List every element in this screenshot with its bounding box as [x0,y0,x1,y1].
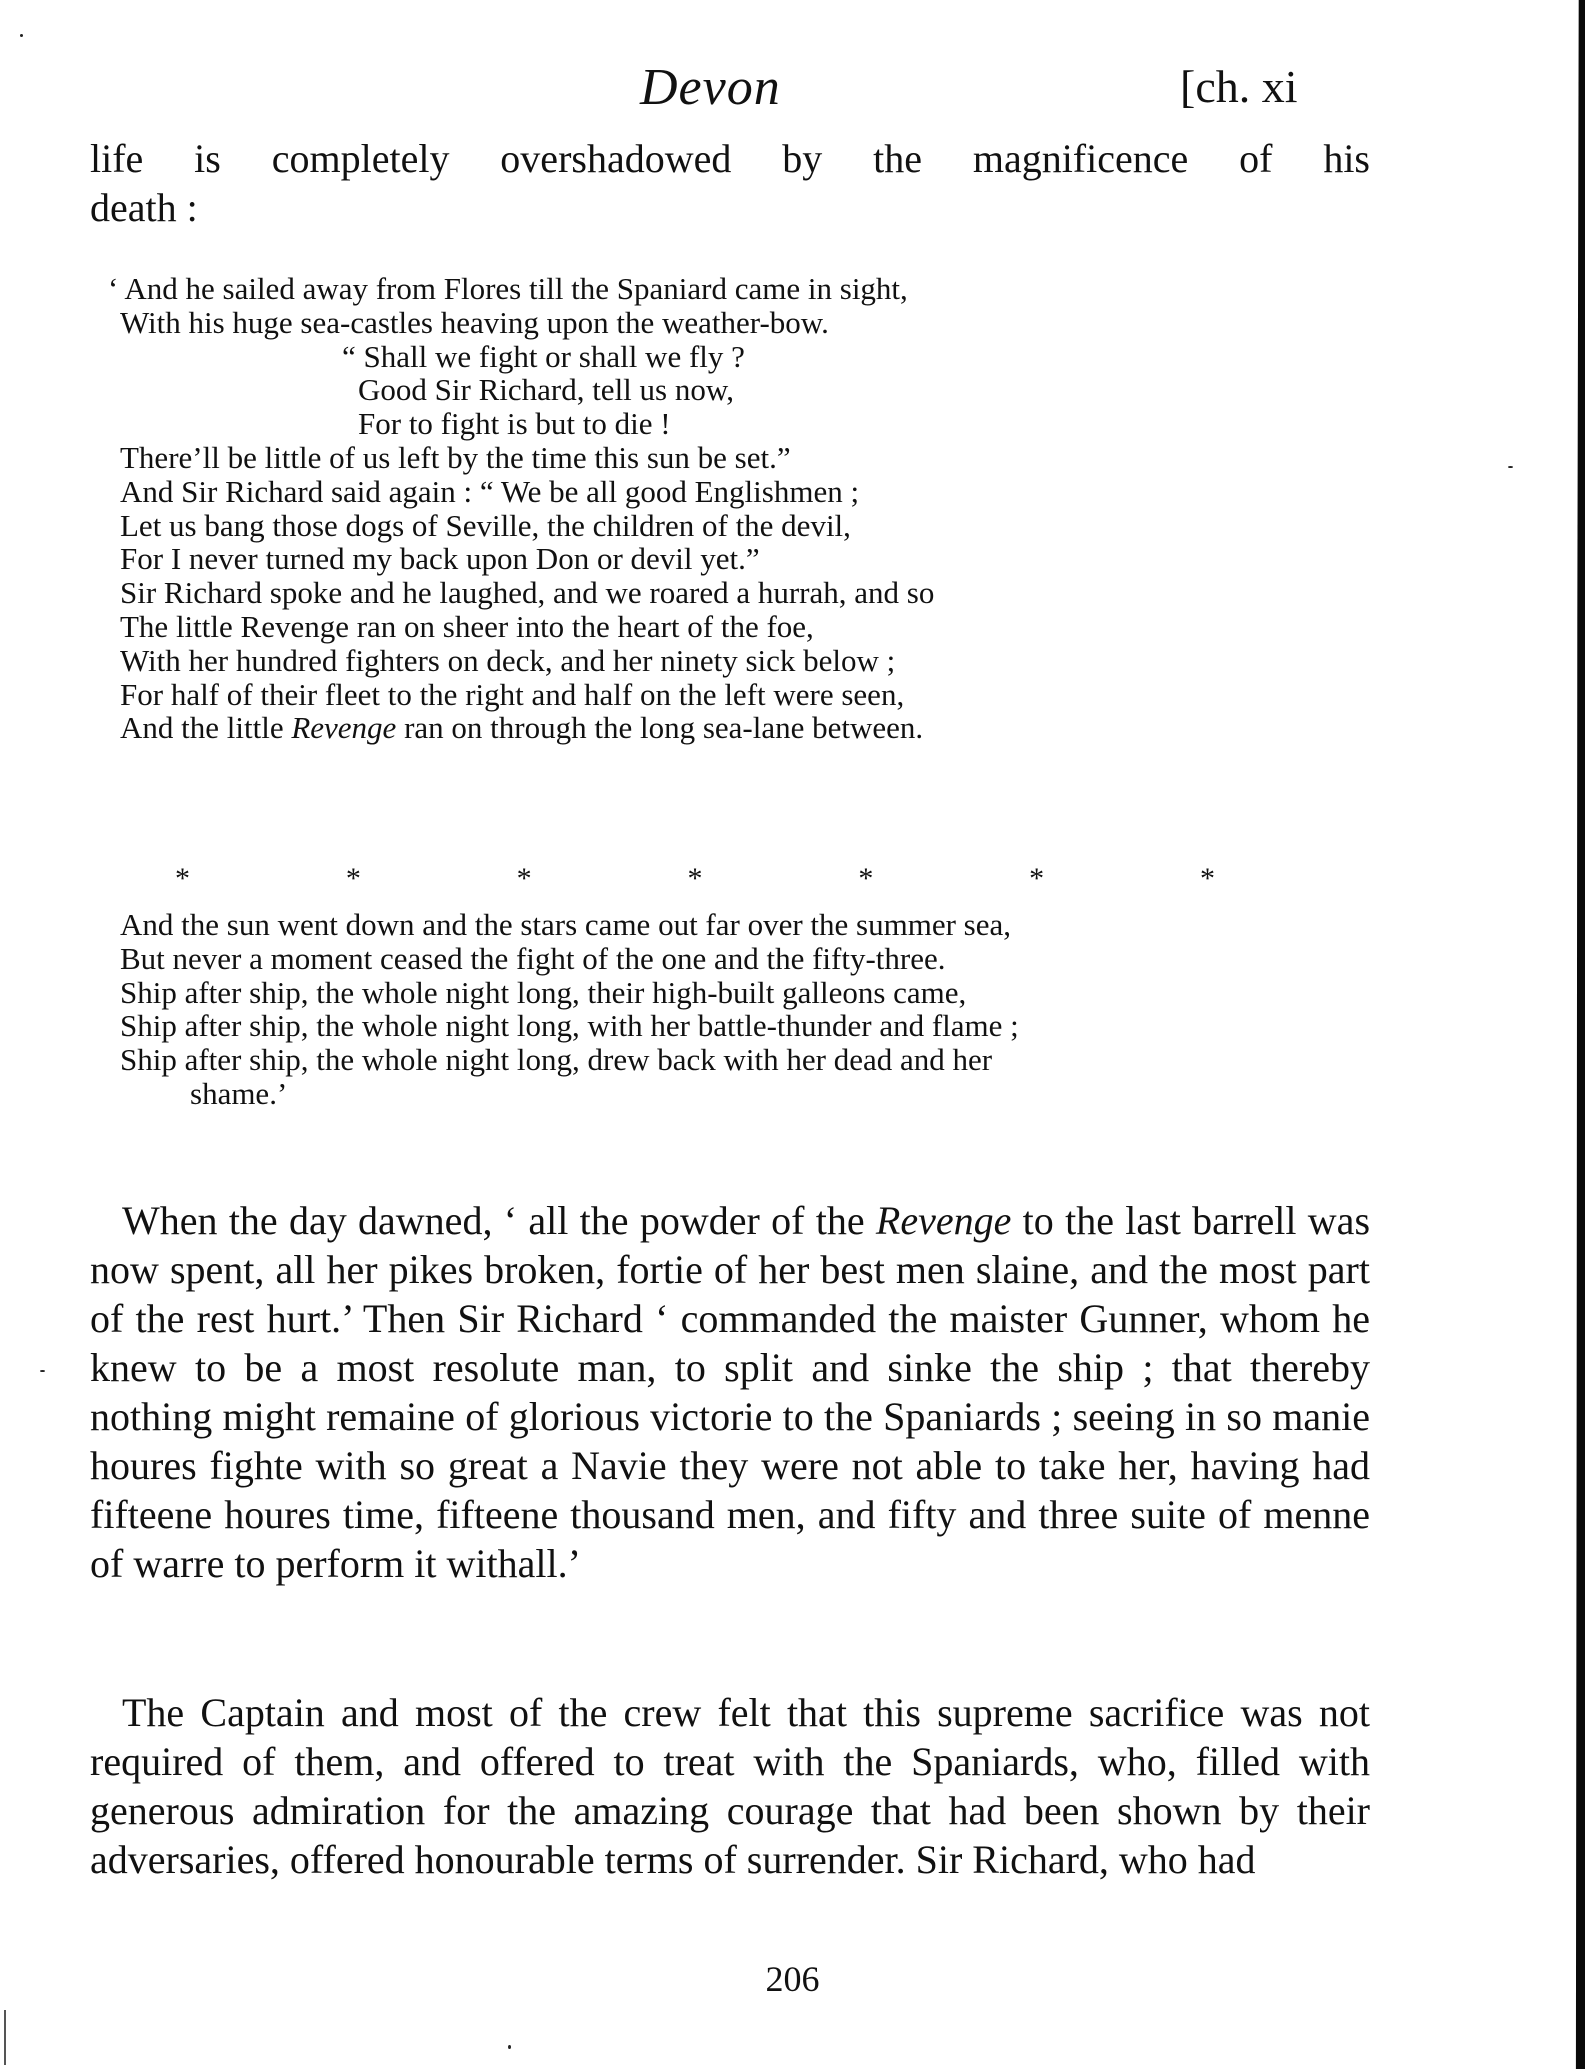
asterisk: * [1029,862,1044,896]
text-segment: When the day dawned, ‘ all the powder of… [122,1198,876,1243]
text-segment: to the [1011,1198,1114,1243]
poem-line: “ Shall we fight or shall we fly ? [120,340,1380,374]
poem-line: There’ll be little of us left by the tim… [120,441,1380,475]
page-header: Devon [ch. xi [0,58,1585,118]
section-separator: * * * * * * * [175,862,1215,896]
text-line: death : [90,183,1370,232]
scan-speck [508,2045,511,2049]
asterisk: * [687,862,702,896]
poem-line: Ship after ship, the whole night long, t… [120,976,1380,1010]
text-segment: And the little [120,710,291,745]
poem-line: Ship after ship, the whole night long, w… [120,1009,1380,1043]
paragraph-text: When the day dawned, ‘ all the powder of… [90,1196,1370,1588]
poem-line: But never a moment ceased the fight of t… [120,942,1380,976]
page-edge-shadow [1571,0,1585,2069]
scan-edge-mark [4,2010,6,2065]
poem-line: Let us bang those dogs of Seville, the c… [120,509,1380,543]
poem-line: With her hundred fighters on deck, and h… [120,644,1380,678]
poem-line: shame.’ [120,1077,1380,1111]
scan-speck [20,34,23,37]
text-segment: ran on through the long sea-lane between… [396,710,923,745]
page-number: 206 [0,1958,1585,2000]
chapter-reference: [ch. xi [1180,60,1298,113]
ship-name-italic: Revenge [876,1198,1011,1243]
paragraph-captain-and-crew: The Captain and most of the crew felt th… [90,1688,1370,1884]
asterisk: * [517,862,532,896]
poem-line: Good Sir Richard, tell us now, [120,373,1380,407]
poem-line: Ship after ship, the whole night long, d… [120,1043,1380,1077]
opening-paragraph: life is completely overshadowed by the m… [90,134,1370,232]
text-line: life is completely overshadowed by the m… [90,134,1370,183]
asterisk: * [175,862,190,896]
poem-line: For to fight is but to die ! [120,407,1380,441]
text-segment: last barrell was now spent, all her pike… [90,1198,1370,1586]
scan-speck [40,1370,45,1372]
paragraph-when-day-dawned: When the day dawned, ‘ all the powder of… [90,1196,1370,1588]
asterisk: * [346,862,361,896]
running-title: Devon [640,58,781,117]
asterisk: * [1200,862,1215,896]
poem-line: And the sun went down and the stars came… [120,908,1380,942]
ship-name-italic: Revenge [291,710,396,745]
poem-line: ‘ And he sailed away from Flores till th… [108,272,1380,306]
poem-line: With his huge sea-castles heaving upon t… [120,306,1380,340]
poem-line: For half of their fleet to the right and… [120,678,1380,712]
poem-line: And the little Revenge ran on through th… [120,711,1380,745]
poem-line: The little Revenge ran on sheer into the… [120,610,1380,644]
poem-line: Sir Richard spoke and he laughed, and we… [120,576,1380,610]
poem-stanza-2: And the sun went down and the stars came… [120,908,1380,1111]
poem-line: And Sir Richard said again : “ We be all… [120,475,1380,509]
scan-speck [1508,466,1513,468]
poem-stanza-1: ‘ And he sailed away from Flores till th… [120,272,1380,745]
paragraph-text: The Captain and most of the crew felt th… [90,1688,1370,1884]
asterisk: * [858,862,873,896]
poem-line: For I never turned my back upon Don or d… [120,542,1380,576]
